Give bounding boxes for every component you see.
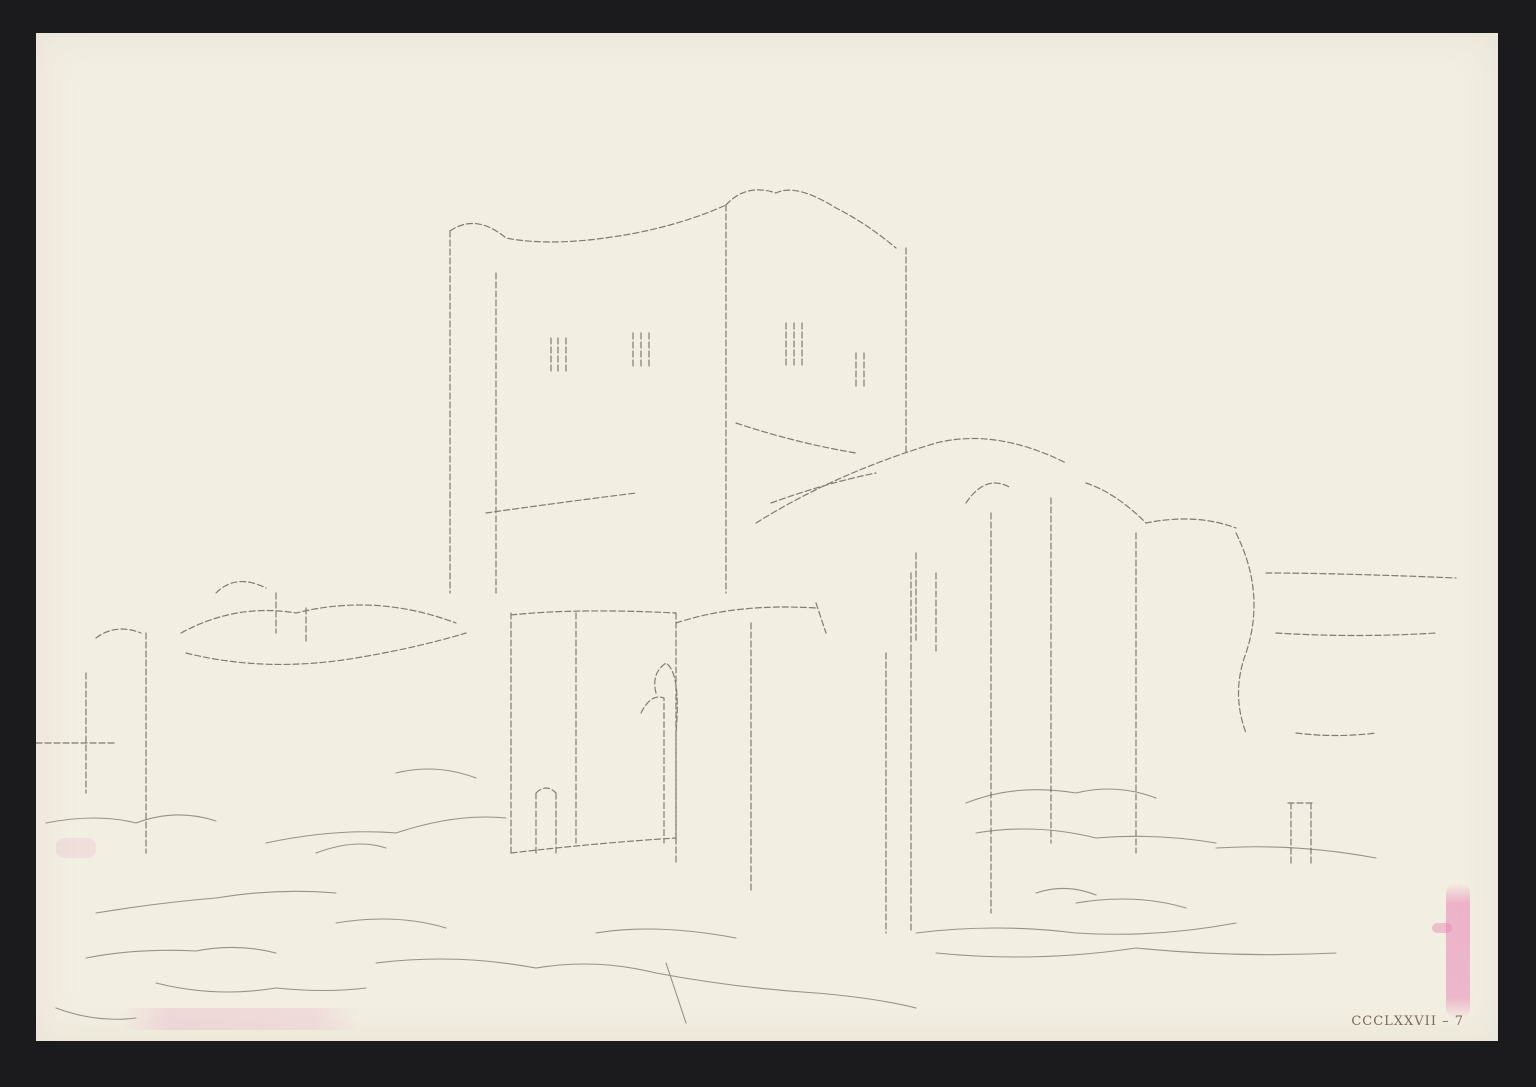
sketch-paper: CCCLXXVII – 7 [36,33,1498,1041]
faint-inscription-left [56,838,96,858]
catalog-number: CCCLXXVII – 7 [1351,1014,1464,1029]
castle-sketch [36,33,1498,1041]
collection-stamp-right [1446,883,1470,1018]
faint-inscription-bottom [121,1008,361,1030]
